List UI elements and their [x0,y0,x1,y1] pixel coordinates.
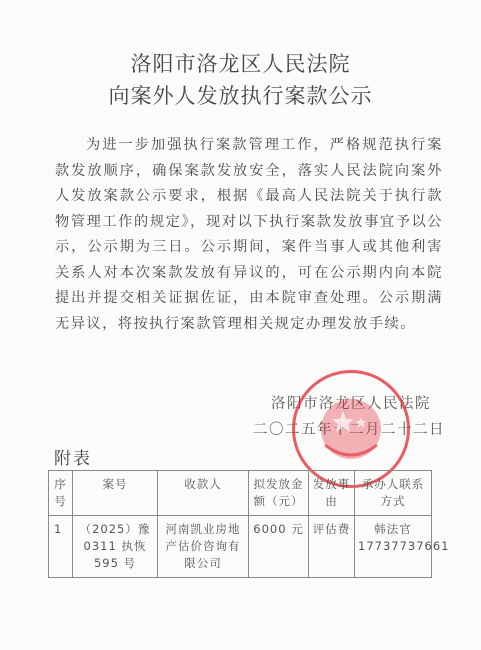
cell-contact: 韩法官 17737737661 [355,516,432,578]
contact-name: 韩法官 [358,521,428,538]
notice-body: 为进一步加强执行案款管理工作，严格规范执行案款发放顺序，确保案款发放安全，落实人… [55,133,443,337]
cell-amount: 6000 元 [249,516,309,578]
contact-phone: 17737737661 [358,538,428,555]
header-case-no: 案号 [73,471,158,516]
header-amount: 拟发放金额（元） [249,471,309,516]
annex-label: 附表 [54,444,92,469]
document-title-subject: 向案外人发放执行案款公示 [0,80,481,110]
header-index: 序号 [49,471,73,516]
table-row: 1 （2025）豫 0311 执恢 595 号 河南凯业房地产估价咨询有限公司 … [49,516,432,578]
header-contact: 承办人联系方式 [355,471,432,516]
cell-payee: 河南凯业房地产估价咨询有限公司 [158,516,249,578]
header-reason: 发放事由 [309,471,355,516]
cell-index: 1 [49,516,73,578]
header-payee: 收款人 [158,471,249,516]
document-title-court: 洛阳市洛龙区人民法院 [0,48,481,78]
cell-reason: 评估费 [309,516,355,578]
cell-case-no: （2025）豫 0311 执恢 595 号 [73,516,158,578]
table-header-row: 序号 案号 收款人 拟发放金额（元） 发放事由 承办人联系方式 [49,471,432,516]
signature-organization: 洛阳市洛龙区人民法院 [271,392,431,413]
signature-date: 二〇二五年十二月二十二日 [253,418,445,439]
annex-table: 序号 案号 收款人 拟发放金额（元） 发放事由 承办人联系方式 1 （2025）… [48,470,432,578]
